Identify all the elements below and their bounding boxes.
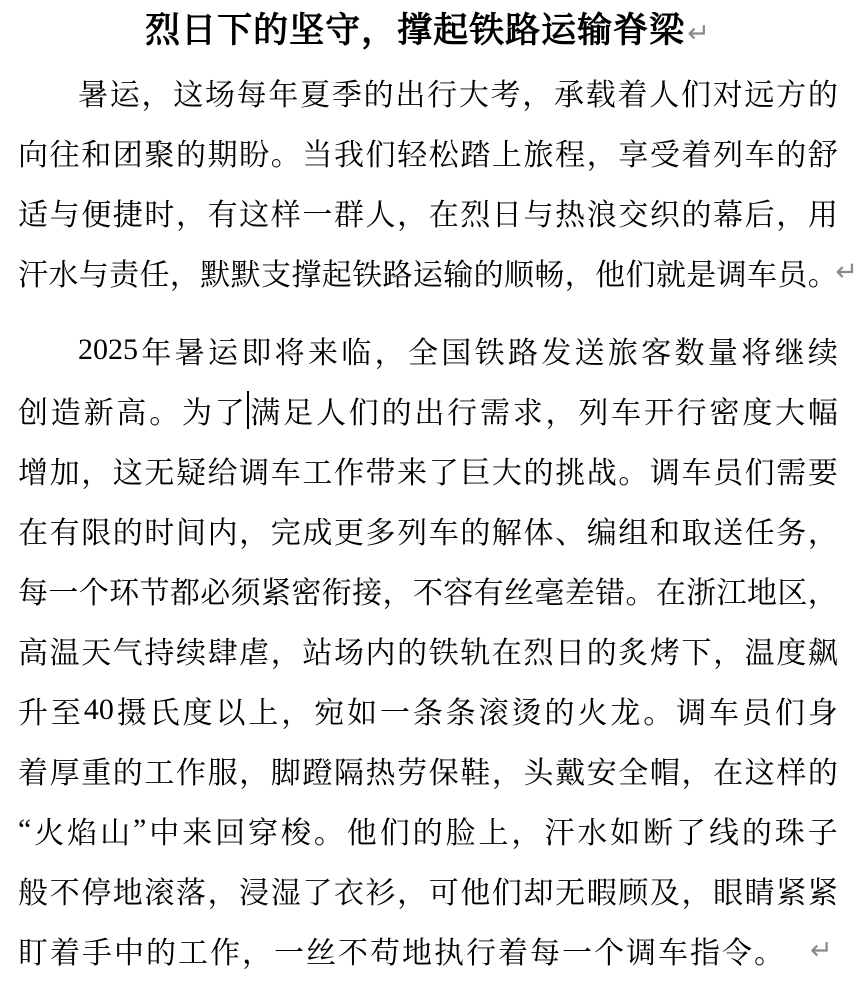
text-token: 数 xyxy=(675,328,705,372)
text-token: ， xyxy=(808,568,838,612)
text-token: 在 xyxy=(492,628,522,672)
text-token: 取 xyxy=(681,508,711,552)
text-token: ， xyxy=(208,868,238,912)
text-token: 的 xyxy=(176,130,206,174)
text-token: 不 xyxy=(338,928,368,972)
text-token: 无 xyxy=(144,448,174,492)
text-token: 脸 xyxy=(446,808,476,852)
text-token: 戴 xyxy=(555,748,585,792)
text-token: 度 xyxy=(776,628,806,672)
text-token: 中 xyxy=(114,928,144,972)
text-token: 不 xyxy=(413,568,443,612)
text-line: 2025年暑运即将来临，全国铁路发送旅客数量将继续 xyxy=(18,320,838,380)
text-token: 季 xyxy=(332,70,362,114)
text-token: 眼 xyxy=(713,868,743,912)
text-token: 即 xyxy=(241,328,271,372)
text-token: 大 xyxy=(775,388,805,432)
text-token: 的 xyxy=(113,748,143,792)
text-token: 与 xyxy=(50,190,80,234)
text-token: 度 xyxy=(742,388,772,432)
text-line: 每一个环节都必须紧密衔接，不容有丝毫差错。在浙江地区， xyxy=(18,560,838,620)
text-token: 回 xyxy=(215,808,245,852)
text-token: 须 xyxy=(231,568,261,612)
text-token: 成 xyxy=(302,508,332,552)
text-token: 享 xyxy=(618,130,648,174)
text-token: 有 xyxy=(50,508,80,552)
text-token: 来 xyxy=(308,328,338,372)
text-token: 舒 xyxy=(808,130,838,174)
text-token: 都 xyxy=(170,568,200,612)
text-token: 撑 xyxy=(291,250,321,294)
text-token: 对 xyxy=(713,70,743,114)
text-token: 团 xyxy=(113,130,143,174)
text-token: 这 xyxy=(239,190,269,234)
text-token: 着 xyxy=(498,928,528,972)
text-token: 作 xyxy=(176,748,206,792)
text-token: 内 xyxy=(208,508,238,552)
text-token: 在 xyxy=(713,748,743,792)
text-token: 了 xyxy=(302,868,332,912)
text-token: 火 xyxy=(34,808,64,852)
text-token: 续 xyxy=(176,628,206,672)
text-token: 交 xyxy=(618,190,648,234)
text-token: 必 xyxy=(200,568,230,612)
text-token: 的 xyxy=(113,508,143,552)
document-page: 烈日下的坚守，撑起铁路运输脊梁↵ 暑运，这场每年夏季的出行大考，承载着人们对远方… xyxy=(0,0,856,997)
text-token: 夏 xyxy=(300,70,330,114)
text-line: 向往和团聚的期盼。当我们轻松踏上旅程，享受着列车的舒 xyxy=(18,122,838,182)
text-token: ， xyxy=(170,250,200,294)
text-token: ， xyxy=(176,190,206,234)
text-token: ” xyxy=(133,813,146,847)
text-token: 至 xyxy=(51,688,81,732)
text-token: 执 xyxy=(434,928,464,972)
text-token: 这 xyxy=(113,448,143,492)
paragraph-mark-icon: ↵ xyxy=(835,257,856,288)
text-token: 暇 xyxy=(587,868,617,912)
text-token: 有 xyxy=(208,190,238,234)
paragraph-mark-icon: ↵ xyxy=(687,18,711,48)
text-token: 着 xyxy=(18,748,48,792)
text-token: 调 xyxy=(239,448,269,492)
text-token: 不 xyxy=(50,868,80,912)
text-token: 持 xyxy=(144,628,174,672)
text-token: ， xyxy=(397,868,427,912)
text-token: 如 xyxy=(610,808,640,852)
text-token: 挑 xyxy=(555,448,585,492)
text-token: 将 xyxy=(275,328,305,372)
text-token: 解 xyxy=(492,508,522,552)
text-token: 车 xyxy=(709,688,739,732)
text-token: ， xyxy=(271,628,301,672)
text-token: 厚 xyxy=(50,748,80,792)
text-token: 的 xyxy=(364,70,394,114)
text-token: ， xyxy=(511,808,541,852)
text-token: ， xyxy=(492,748,522,792)
text-token: 运 xyxy=(413,250,443,294)
title-text: 烈日下的坚守，撑起铁路运输脊梁 xyxy=(145,11,685,50)
text-token: 。 xyxy=(643,688,673,732)
text-token: 气 xyxy=(113,628,143,672)
text-token: 炙 xyxy=(618,628,648,672)
text-token: 接 xyxy=(352,568,382,612)
text-token: ， xyxy=(375,328,405,372)
text-token: 样 xyxy=(271,190,301,234)
text-token: 继 xyxy=(775,328,805,372)
text-token: 温 xyxy=(745,628,775,672)
text-token: 烈 xyxy=(524,628,554,672)
text-token: 需 xyxy=(776,448,806,492)
text-token: 们 xyxy=(775,688,805,732)
text-token: 全 xyxy=(618,748,648,792)
text-line: 适与便捷时，有这样一群人，在烈日与热浪交织的幕后，用 xyxy=(18,182,838,242)
text-token: 行 xyxy=(427,70,457,114)
text-token: 一 xyxy=(380,688,410,732)
text-token: 向 xyxy=(18,130,48,174)
text-token: 如 xyxy=(347,688,377,732)
text-token: 车 xyxy=(681,448,711,492)
text-token: 升 xyxy=(18,688,48,732)
text-line: 暑运，这场每年夏季的出行大考，承载着人们对远方的 xyxy=(18,62,838,122)
text-token: 员 xyxy=(713,448,743,492)
text-token: 载 xyxy=(586,70,616,114)
text-token: 铁 xyxy=(352,250,382,294)
text-token: 满 xyxy=(250,388,280,432)
text-token: 暑 xyxy=(175,328,205,372)
text-token: 战 xyxy=(587,448,617,492)
text-token: 热 xyxy=(555,190,585,234)
text-token: 。 xyxy=(754,928,784,972)
text-token: 环 xyxy=(109,568,139,612)
text-token: 一 xyxy=(274,928,304,972)
text-token: 任 xyxy=(140,250,170,294)
text-token: 在 xyxy=(656,568,686,612)
text-token: 却 xyxy=(524,868,554,912)
text-token: 天 xyxy=(81,628,111,672)
text-token: 责 xyxy=(109,250,139,294)
text-token: 捷 xyxy=(113,190,143,234)
text-token: 的 xyxy=(397,628,427,672)
text-token: ， xyxy=(808,508,838,552)
text-token: 中 xyxy=(149,808,179,852)
text-token: 大 xyxy=(492,448,522,492)
text-token: 梭 xyxy=(281,808,311,852)
document-title: 烈日下的坚守，撑起铁路运输脊梁↵ xyxy=(18,0,838,62)
text-line: 在有限的时间内，完成更多列车的解体、编组和取送任务， xyxy=(18,500,838,560)
text-token: 他 xyxy=(460,868,490,912)
text-token: 落 xyxy=(176,868,206,912)
text-token: 列 xyxy=(397,508,427,552)
text-line: 汗水与责任，默默支撑起铁路运输的顺畅，他们就是调车员。↵ xyxy=(18,242,838,302)
text-token: 。 xyxy=(808,250,838,294)
paragraph-mark-icon: ↵ xyxy=(810,935,833,966)
text-token: 的 xyxy=(681,190,711,234)
text-token: 站 xyxy=(302,628,332,672)
text-token: 调 xyxy=(626,928,656,972)
text-token: 滚 xyxy=(144,868,174,912)
text-token: 服 xyxy=(208,748,238,792)
text-token: 了 xyxy=(215,388,245,432)
text-token: 紧 xyxy=(776,868,806,912)
text-token: 起 xyxy=(322,250,352,294)
text-token: 需 xyxy=(480,388,510,432)
text-token: 。 xyxy=(149,388,179,432)
text-token: 足 xyxy=(283,388,313,432)
text-token: 保 xyxy=(429,748,459,792)
text-token: 们 xyxy=(492,868,522,912)
text-token: 大 xyxy=(459,70,489,114)
text-token: 我 xyxy=(334,130,364,174)
text-token: 宛 xyxy=(314,688,344,732)
text-token: 的 xyxy=(413,808,443,852)
text-token: 密 xyxy=(291,568,321,612)
text-token: 量 xyxy=(708,328,738,372)
paragraph: 2025年暑运即将来临，全国铁路发送旅客数量将继续创造新高。为了满足人们的出行需… xyxy=(18,320,838,980)
text-token: 造 xyxy=(51,388,81,432)
text-token: 浪 xyxy=(587,190,617,234)
text-token: ， xyxy=(81,448,111,492)
text-token: ， xyxy=(242,928,272,972)
text-token: 旅 xyxy=(524,130,554,174)
text-token: 蹬 xyxy=(302,748,332,792)
text-token: 当 xyxy=(302,130,332,174)
text-token: 内 xyxy=(366,628,396,672)
text-token: 他 xyxy=(347,808,377,852)
text-token: 送 xyxy=(713,508,743,552)
text-token: 创 xyxy=(18,388,48,432)
text-token: 可 xyxy=(429,868,459,912)
text-token: 的 xyxy=(742,808,772,852)
text-token: 每 xyxy=(18,568,48,612)
text-token: 求 xyxy=(513,388,543,432)
text-token: 肆 xyxy=(208,628,238,672)
text-token: 火 xyxy=(577,688,607,732)
text-token: 场 xyxy=(205,70,235,114)
text-token: 加 xyxy=(50,448,80,492)
text-token: 衣 xyxy=(334,868,364,912)
text-token: 开 xyxy=(644,388,674,432)
text-token: 支 xyxy=(261,250,291,294)
text-token: 有 xyxy=(474,568,504,612)
text-token: 毫 xyxy=(534,568,564,612)
text-token: 个 xyxy=(79,568,109,612)
text-token: 盼 xyxy=(239,130,269,174)
text-token: 劳 xyxy=(397,748,427,792)
text-token: 们 xyxy=(349,388,379,432)
text-token: ， xyxy=(141,70,171,114)
text-token: 40 xyxy=(84,693,114,727)
text-token: 氏 xyxy=(150,688,180,732)
text-token: 温 xyxy=(50,628,80,672)
text-token: 松 xyxy=(429,130,459,174)
text-token: 发 xyxy=(541,328,571,372)
text-token: 断 xyxy=(643,808,673,852)
text-line: 着厚重的工作服，脚蹬隔热劳保鞋，头戴安全帽，在这样的 xyxy=(18,740,838,800)
text-token: 便 xyxy=(81,190,111,234)
text-token: 容 xyxy=(443,568,473,612)
text-token: 车 xyxy=(611,388,641,432)
text-token: 2025 xyxy=(78,333,138,367)
text-token: 们 xyxy=(681,70,711,114)
text-token: 远 xyxy=(744,70,774,114)
text-token: 车 xyxy=(658,928,688,972)
text-token: 一 xyxy=(562,928,592,972)
text-token: 人 xyxy=(316,388,346,432)
text-token: 的 xyxy=(524,448,554,492)
text-token: 停 xyxy=(81,868,111,912)
text-token: 车 xyxy=(745,130,775,174)
text-token: 条 xyxy=(446,688,476,732)
text-line: 升至40摄氏度以上，宛如一条条滚烫的火龙。调车员们身 xyxy=(18,680,838,740)
text-token: 上 xyxy=(248,688,278,732)
text-token: 多 xyxy=(366,508,396,552)
text-token: 高 xyxy=(18,628,48,672)
text-token: 增 xyxy=(18,448,48,492)
text-token: 湿 xyxy=(271,868,301,912)
text-token: 顺 xyxy=(504,250,534,294)
text-token: 每 xyxy=(530,928,560,972)
text-token: 织 xyxy=(650,190,680,234)
text-token: 默 xyxy=(200,250,230,294)
text-token: ， xyxy=(397,190,427,234)
text-token: ， xyxy=(239,748,269,792)
text-token: 们 xyxy=(366,130,396,174)
text-token: 的 xyxy=(545,688,575,732)
text-token: 年 xyxy=(141,328,171,372)
text-token: 子 xyxy=(808,808,838,852)
text-token: 日 xyxy=(492,190,522,234)
text-token: 和 xyxy=(650,508,680,552)
text-token: 轻 xyxy=(397,130,427,174)
text-token: 地 xyxy=(747,568,777,612)
text-token: 重 xyxy=(81,748,111,792)
text-token: 畅 xyxy=(534,250,564,294)
text-token: ， xyxy=(681,748,711,792)
text-token: 上 xyxy=(492,130,522,174)
text-token: 旅 xyxy=(608,328,638,372)
text-token: 与 xyxy=(79,250,109,294)
text-token: 人 xyxy=(649,70,679,114)
text-token: 铁 xyxy=(429,628,459,672)
text-token: 为 xyxy=(182,388,212,432)
text-token: 将 xyxy=(741,328,771,372)
text-token: 是 xyxy=(686,250,716,294)
text-token: ， xyxy=(546,388,576,432)
text-token: 线 xyxy=(709,808,739,852)
text-token: 程 xyxy=(555,130,585,174)
text-token: 调 xyxy=(650,448,680,492)
text-token: 列 xyxy=(578,388,608,432)
text-token: 给 xyxy=(208,448,238,492)
text-token: 时 xyxy=(144,508,174,552)
text-token: 在 xyxy=(429,190,459,234)
text-token: ， xyxy=(565,250,595,294)
text-token: 临 xyxy=(341,328,371,372)
text-token: 条 xyxy=(413,688,443,732)
text-token: 铁 xyxy=(475,328,505,372)
text-token: 及 xyxy=(650,868,680,912)
text-token: 衔 xyxy=(322,568,352,612)
text-token: 飙 xyxy=(808,628,838,672)
text-token: ， xyxy=(239,508,269,552)
text-token: 这 xyxy=(745,748,775,792)
text-token: 。 xyxy=(314,808,344,852)
text-token: 务 xyxy=(776,508,806,552)
text-token: 组 xyxy=(618,508,648,552)
text-token: 要 xyxy=(808,448,838,492)
text-token: 节 xyxy=(140,568,170,612)
text-token: 行 xyxy=(447,388,477,432)
text-token: 着 xyxy=(617,70,647,114)
text-token: 暑 xyxy=(78,70,108,114)
text-token: 紧 xyxy=(808,868,838,912)
text-token: 睛 xyxy=(745,868,775,912)
text-token: 与 xyxy=(524,190,554,234)
text-token: 了 xyxy=(429,448,459,492)
text-token: 体 xyxy=(524,508,554,552)
text-line: 盯着手中的工作，一丝不苟地执行着每一个调车指令。↵ xyxy=(18,920,838,980)
paragraph: 暑运，这场每年夏季的出行大考，承载着人们对远方的向往和团聚的期盼。当我们轻松踏上… xyxy=(18,62,838,302)
text-token: 疑 xyxy=(176,448,206,492)
text-token: 水 xyxy=(48,250,78,294)
text-token: 顾 xyxy=(618,868,648,912)
text-token: 隔 xyxy=(334,748,364,792)
text-token: 热 xyxy=(366,748,396,792)
text-token: 丝 xyxy=(306,928,336,972)
text-token: 车 xyxy=(747,250,777,294)
text-token: 。 xyxy=(626,568,656,612)
text-token: 盯 xyxy=(18,928,48,972)
text-token: 手 xyxy=(82,928,112,972)
text-token: ， xyxy=(681,868,711,912)
paragraphs: 暑运，这场每年夏季的出行大考，承载着人们对远方的向往和团聚的期盼。当我们轻松踏上… xyxy=(18,62,838,980)
text-token: 限 xyxy=(81,508,111,552)
text-token: 地 xyxy=(402,928,432,972)
text-token: 群 xyxy=(334,190,364,234)
text-token: 丝 xyxy=(504,568,534,612)
text-token: 调 xyxy=(676,688,706,732)
text-token: 方 xyxy=(776,70,806,114)
text-token: 送 xyxy=(575,328,605,372)
text-token: 来 xyxy=(397,448,427,492)
text-token: 更 xyxy=(334,508,364,552)
text-token: 指 xyxy=(690,928,720,972)
text-token: 间 xyxy=(176,508,206,552)
text-token: 的 xyxy=(460,508,490,552)
text-token: 调 xyxy=(717,250,747,294)
text-token: 烤 xyxy=(650,628,680,672)
text-token: 区 xyxy=(777,568,807,612)
text-token: 完 xyxy=(271,508,301,552)
text-token: 适 xyxy=(18,190,48,234)
text-token: 紧 xyxy=(261,568,291,612)
text-token: 时 xyxy=(144,190,174,234)
text-token: 幕 xyxy=(713,190,743,234)
text-token: 以 xyxy=(215,688,245,732)
text-token: 员 xyxy=(777,250,807,294)
text-token: 脚 xyxy=(271,748,301,792)
text-token: 滚 xyxy=(479,688,509,732)
text-token: 穿 xyxy=(248,808,278,852)
text-token: 期 xyxy=(208,130,238,174)
text-token: 。 xyxy=(618,448,648,492)
text-token: 人 xyxy=(366,190,396,234)
text-token: ， xyxy=(383,568,413,612)
text-token: 幅 xyxy=(808,388,838,432)
text-token: 就 xyxy=(656,250,686,294)
text-token: 山 xyxy=(100,808,130,852)
text-token: 车 xyxy=(429,508,459,552)
